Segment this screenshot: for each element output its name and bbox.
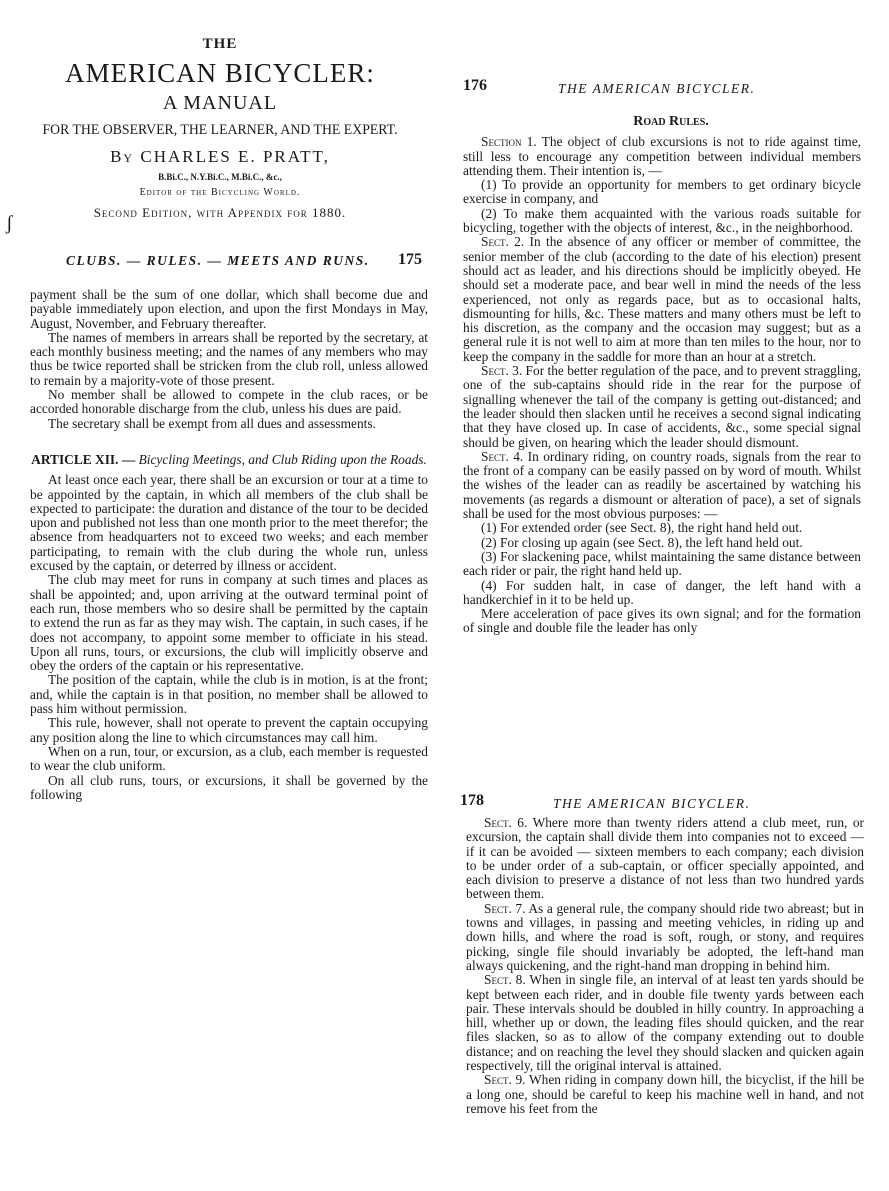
section-paragraph: (3) For slackening pace, whilst maintain…: [463, 550, 861, 579]
paragraph: On all club runs, tours, or excursions, …: [30, 774, 428, 803]
section-heading: Road Rules.: [463, 115, 861, 129]
book-tagline: FOR THE OBSERVER, THE LEARNER, AND THE E…: [18, 122, 423, 139]
book-author: By CHARLES E. PRATT,: [0, 147, 440, 167]
author-degrees: B.Bi.C., N.Y.Bi.C., M.Bi.C., &c.,: [0, 172, 440, 182]
paragraph: At least once each year, there shall be …: [30, 473, 428, 573]
section-paragraph: Section 1. The object of club excursions…: [463, 135, 861, 178]
paragraph: The club may meet for runs in company at…: [30, 573, 428, 673]
page-number-176: 176: [463, 77, 487, 95]
section-paragraph: (2) For closing up again (see Sect. 8), …: [463, 536, 861, 550]
section-label: Sect. 8.: [484, 972, 526, 987]
section-label: Sect. 9.: [484, 1072, 526, 1087]
section-paragraph: Sect. 4. In ordinary riding, on country …: [463, 450, 861, 521]
article-label: ARTICLE XII. —: [31, 452, 135, 467]
author-role: Editor of the Bicycling World.: [0, 187, 440, 198]
section-paragraph: Sect. 6. Where more than twenty riders a…: [466, 816, 864, 902]
running-head-178: THE AMERICAN BICYCLER.: [553, 796, 750, 812]
section-text: When in single file, an interval of at l…: [466, 972, 864, 1073]
book-title: AMERICAN BICYCLER:: [0, 58, 440, 89]
section-paragraph: (1) For extended order (see Sect. 8), th…: [463, 521, 861, 535]
book-edition: Second Edition, with Appendix for 1880.: [0, 205, 440, 221]
page-number-175: 175: [398, 251, 422, 269]
section-paragraph: Sect. 8. When in single file, an interva…: [466, 973, 864, 1073]
paragraph: The secretary shall be exempt from all d…: [30, 417, 428, 431]
paragraph: No member shall be allowed to compete in…: [30, 388, 428, 417]
page-175-body: payment shall be the sum of one dollar, …: [30, 288, 428, 802]
book-subtitle: A MANUAL: [0, 92, 440, 115]
page-176-body: Road Rules. Section 1. The object of clu…: [463, 115, 861, 636]
section-text: When riding in company down hill, the bi…: [466, 1072, 864, 1116]
paragraph: The position of the captain, while the c…: [30, 673, 428, 716]
section-paragraph: Sect. 3. For the better regulation of th…: [463, 364, 861, 450]
section-paragraph: (1) To provide an opportunity for member…: [463, 178, 861, 207]
section-text: In ordinary riding, on country roads, si…: [463, 449, 861, 521]
title-the: THE: [0, 36, 440, 53]
running-head-175: CLUBS. — RULES. — MEETS AND RUNS.: [66, 253, 370, 269]
paragraph: payment shall be the sum of one dollar, …: [30, 288, 428, 331]
paragraph: This rule, however, shall not operate to…: [30, 716, 428, 745]
article-heading: ARTICLE XII. — Bicycling Meetings, and C…: [30, 453, 428, 467]
section-label: Sect. 3.: [481, 363, 522, 378]
section-label: Section 1.: [481, 134, 537, 149]
section-label: Sect. 7.: [484, 901, 525, 916]
section-paragraph: Mere acceleration of pace gives its own …: [463, 607, 861, 636]
page-178-body: Sect. 6. Where more than twenty riders a…: [466, 816, 864, 1116]
section-paragraph: Sect. 7. As a general rule, the company …: [466, 902, 864, 973]
paragraph: When on a run, tour, or excursion, as a …: [30, 745, 428, 774]
section-text: For the better regulation of the pace, a…: [463, 363, 861, 449]
page-number-178: 178: [460, 792, 484, 810]
paragraph: The names of members in arrears shall be…: [30, 331, 428, 388]
section-label: Sect. 4.: [481, 449, 523, 464]
section-paragraph: Sect. 2. In the absence of any officer o…: [463, 235, 861, 364]
margin-mark: ʃ: [6, 212, 13, 235]
section-text: As a general rule, the company should ri…: [466, 901, 864, 973]
section-paragraph: Sect. 9. When riding in company down hil…: [466, 1073, 864, 1116]
section-paragraph: (4) For sudden halt, in case of danger, …: [463, 579, 861, 608]
article-title: Bicycling Meetings, and Club Riding upon…: [139, 452, 427, 467]
section-label: Sect. 2.: [481, 234, 524, 249]
section-paragraph: (2) To make them acquainted with the var…: [463, 207, 861, 236]
running-head-176: THE AMERICAN BICYCLER.: [558, 81, 755, 97]
section-label: Sect. 6.: [484, 815, 527, 830]
section-text: In the absence of any officer or member …: [463, 234, 861, 363]
